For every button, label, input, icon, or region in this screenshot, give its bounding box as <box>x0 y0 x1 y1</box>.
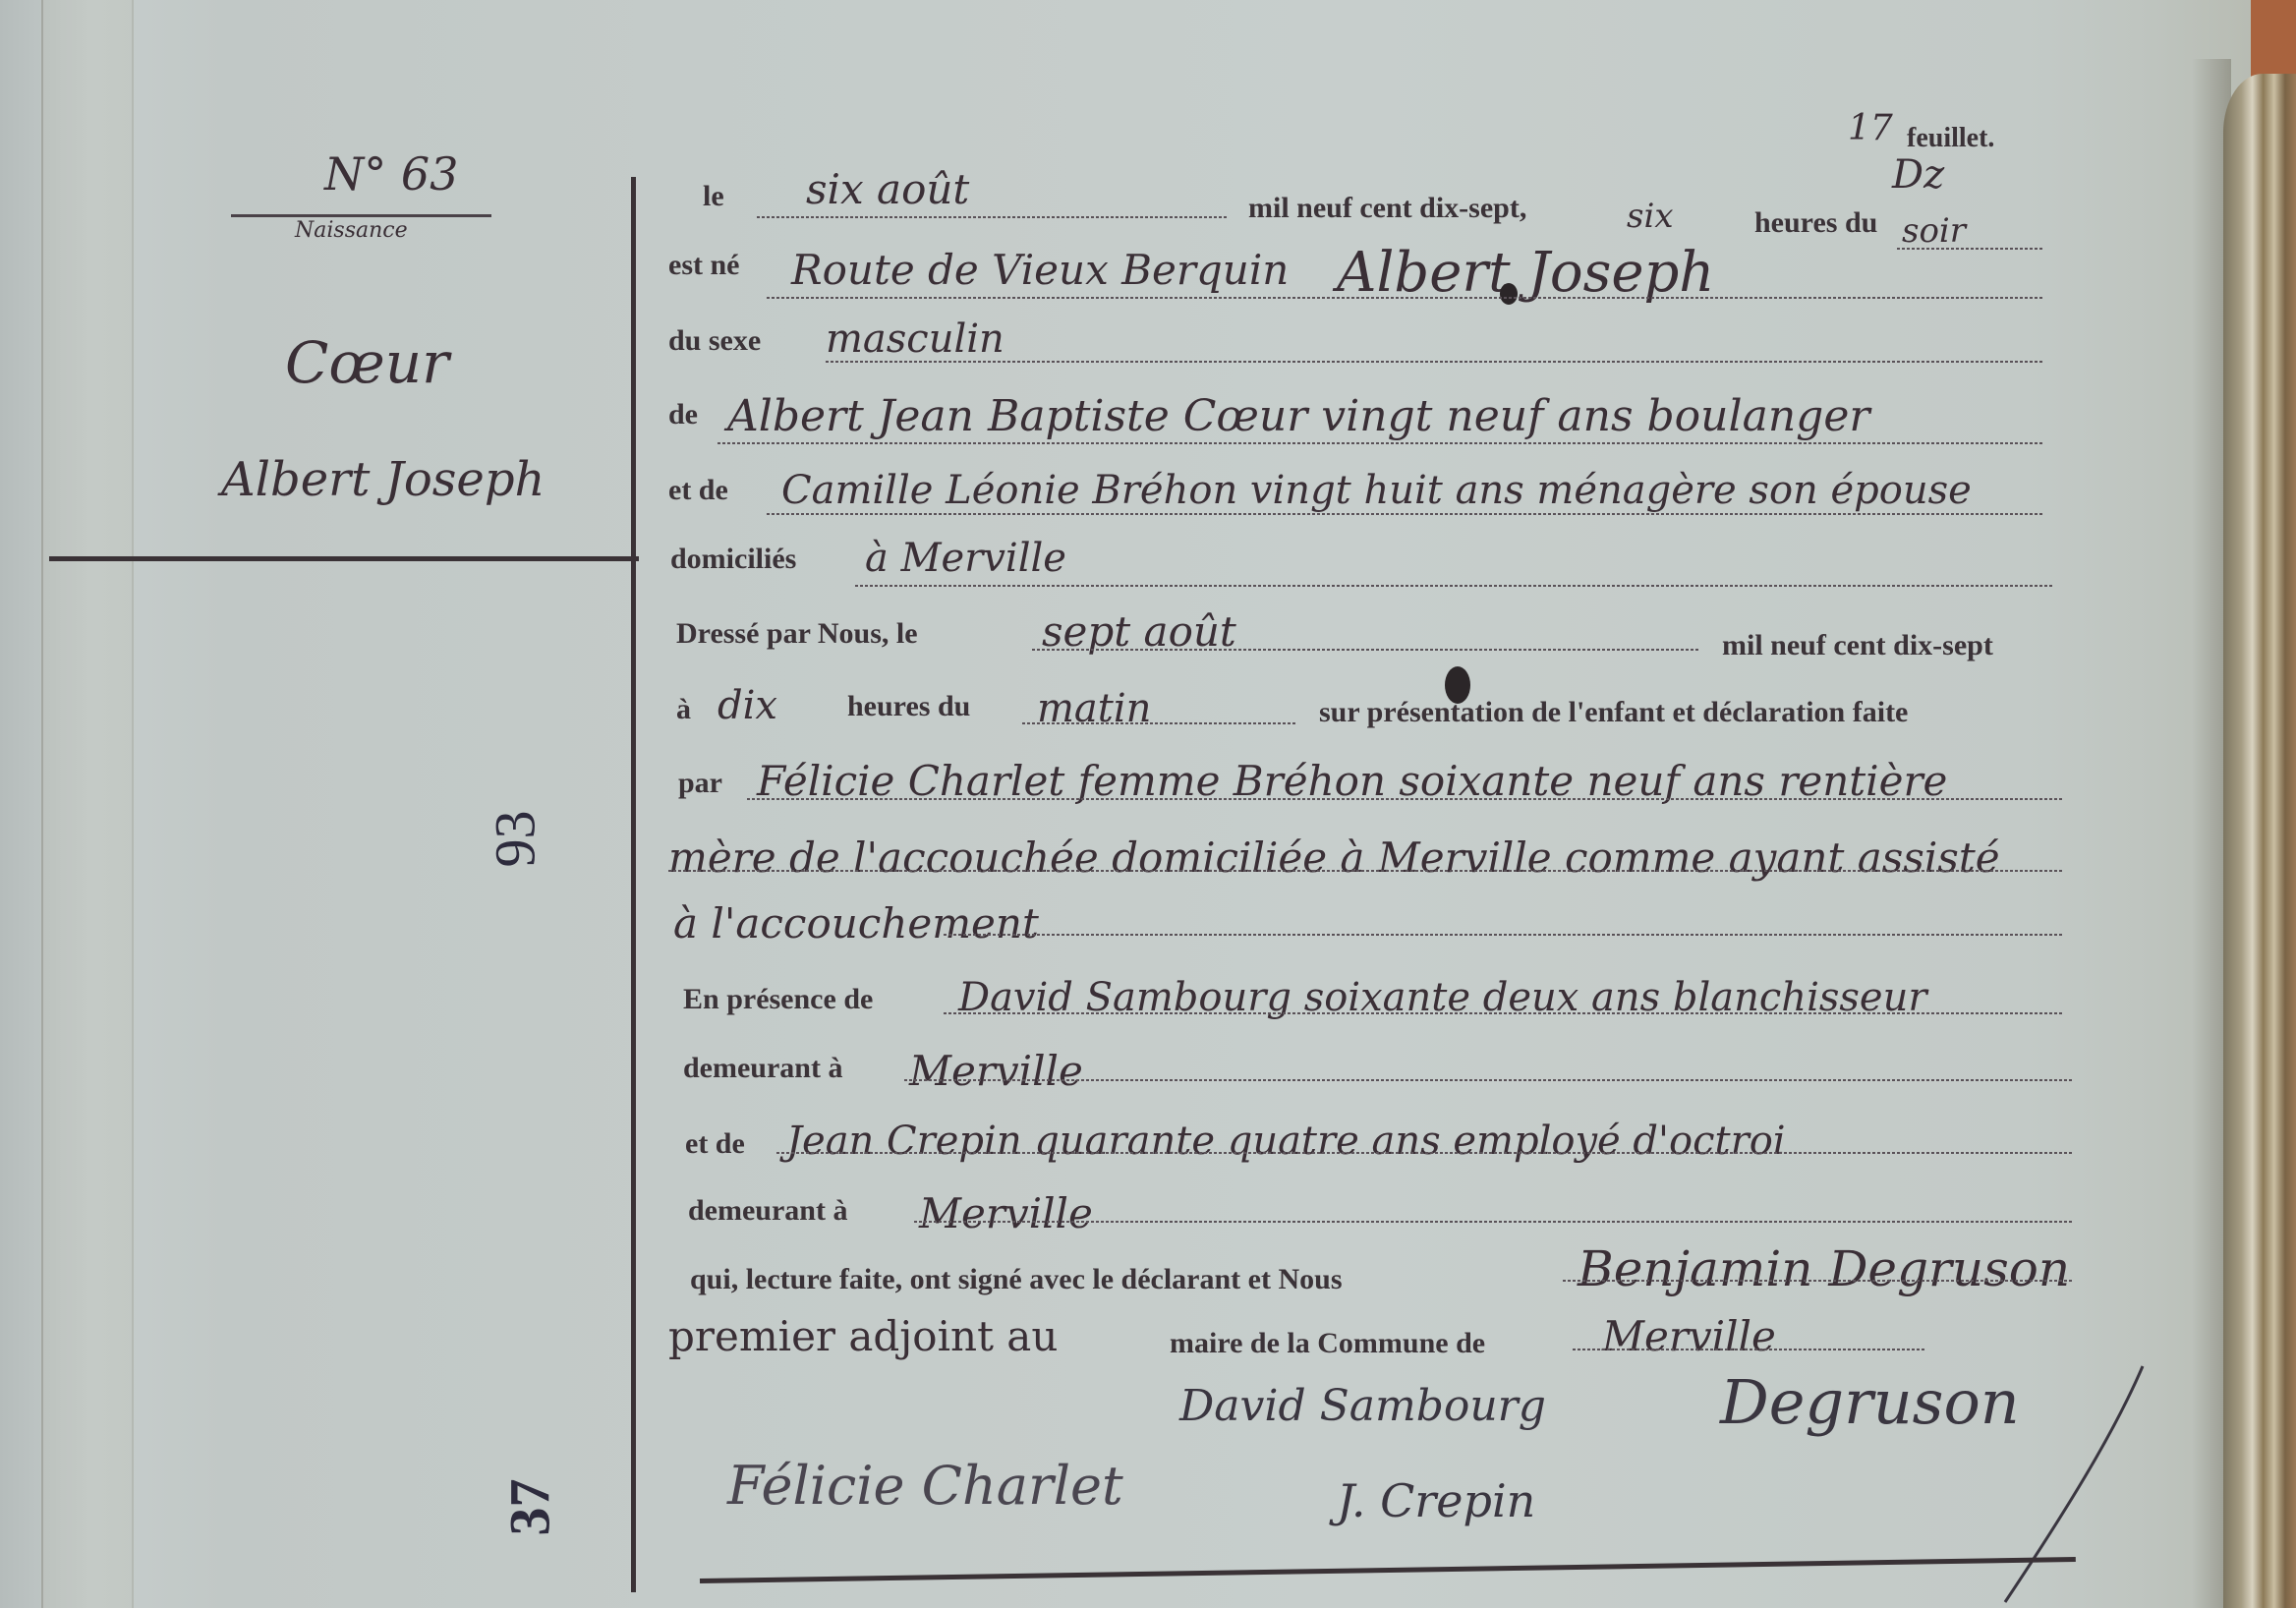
label-year: mil neuf cent dix-sept, <box>1248 192 1526 225</box>
parents-domicile: à Merville <box>865 536 1066 581</box>
officer-name: Benjamin Degruson <box>1578 1240 2070 1297</box>
folio-paraph: Dz <box>1892 152 1944 198</box>
record-hour: dix <box>717 683 777 728</box>
commune-name: Merville <box>1602 1312 1776 1360</box>
label-en-presence: En présence de <box>683 983 873 1016</box>
act-type: Naissance <box>295 218 408 243</box>
child-name: Albert Joseph <box>1337 241 1714 305</box>
page-stack-edges <box>2223 74 2296 1608</box>
officer-title: premier adjoint au <box>668 1312 1058 1360</box>
stamp-number-lower: 37 <box>497 1479 563 1536</box>
witness2-residence: Merville <box>919 1189 1093 1237</box>
declarant-relation-cont: à l'accouchement <box>673 899 1039 948</box>
ink-blot <box>1445 666 1470 704</box>
label-domicilies: domiciliés <box>670 543 796 576</box>
label-demeurant: demeurant à <box>683 1052 842 1085</box>
fill-line <box>747 798 2064 800</box>
fill-line <box>1897 248 2044 250</box>
fill-line <box>1573 1349 1926 1350</box>
signature-declarant: Félicie Charlet <box>727 1455 1123 1517</box>
officer-signature-flourish <box>1917 1356 2152 1608</box>
record-period: matin <box>1037 686 1151 731</box>
label-presentation: sur présentation de l'enfant et déclarat… <box>1319 696 1908 729</box>
birth-hour: six <box>1627 197 1674 236</box>
label-a: à <box>676 693 691 726</box>
column-divider <box>631 177 636 1592</box>
mother-details: Camille Léonie Bréhon vingt huit ans mén… <box>781 468 1972 513</box>
label-et-de-2: et de <box>685 1127 745 1161</box>
fill-line <box>767 297 2044 299</box>
margin-surname: Cœur <box>285 329 449 396</box>
binding-margin <box>41 0 134 1608</box>
label-year-2: mil neuf cent dix-sept <box>1722 629 1993 662</box>
act-number: N° 63 <box>324 147 458 201</box>
register-page: N° 63 Naissance Cœur Albert Joseph 93 37… <box>0 0 2251 1608</box>
label-hours: heures du <box>1754 206 1877 240</box>
folio-label: feuillet. <box>1907 123 1994 154</box>
fill-line <box>776 1152 2074 1154</box>
fill-line <box>767 513 2044 515</box>
label-le: le <box>703 180 724 213</box>
label-est-ne: est né <box>668 249 739 282</box>
signature-witness1: David Sambourg <box>1179 1381 1546 1431</box>
fill-line <box>944 1012 2064 1014</box>
label-par: par <box>678 767 722 800</box>
label-hours-2: heures du <box>847 690 970 723</box>
fill-line <box>668 870 2064 872</box>
father-details: Albert Jean Baptiste Cœur vingt neuf ans… <box>727 391 1869 441</box>
birth-place: Route de Vieux Berquin <box>791 246 1289 294</box>
folio-number: 17 <box>1848 108 1893 148</box>
margin-given-names: Albert Joseph <box>221 452 545 507</box>
ink-blot <box>1500 283 1518 305</box>
birth-date: six août <box>806 165 969 213</box>
fill-line <box>914 1221 2074 1223</box>
declarant-relation: mère de l'accouchée domiciliée à Mervill… <box>668 833 2000 882</box>
fill-line <box>944 934 2064 936</box>
label-maire: maire de la Commune de <box>1170 1327 1485 1360</box>
fill-line <box>717 442 2044 444</box>
stamp-number-upper: 93 <box>483 811 548 868</box>
label-dresse: Dressé par Nous, le <box>676 617 918 651</box>
fill-line <box>1022 722 1297 724</box>
birth-period: soir <box>1902 211 1966 251</box>
fill-line <box>1563 1280 2074 1282</box>
witness1-residence: Merville <box>909 1047 1083 1095</box>
margin-rule <box>49 556 639 561</box>
fill-line <box>826 361 2044 363</box>
act-number-rule <box>231 214 491 217</box>
label-et-de: et de <box>668 474 728 507</box>
witness2-details: Jean Crepin quarante quatre ans employé … <box>786 1119 1786 1164</box>
fill-line <box>1032 649 1700 651</box>
child-sex: masculin <box>826 316 1004 362</box>
label-demeurant-2: demeurant à <box>688 1194 847 1228</box>
signature-witness2: J. Crepin <box>1337 1474 1535 1527</box>
label-sexe: du sexe <box>668 324 761 358</box>
fill-line <box>855 585 2054 587</box>
label-de: de <box>668 398 698 431</box>
record-end-rule <box>700 1557 2076 1583</box>
label-lecture: qui, lecture faite, ont signé avec le dé… <box>690 1263 1343 1296</box>
fill-line <box>904 1079 2074 1081</box>
fill-line <box>757 216 1229 218</box>
